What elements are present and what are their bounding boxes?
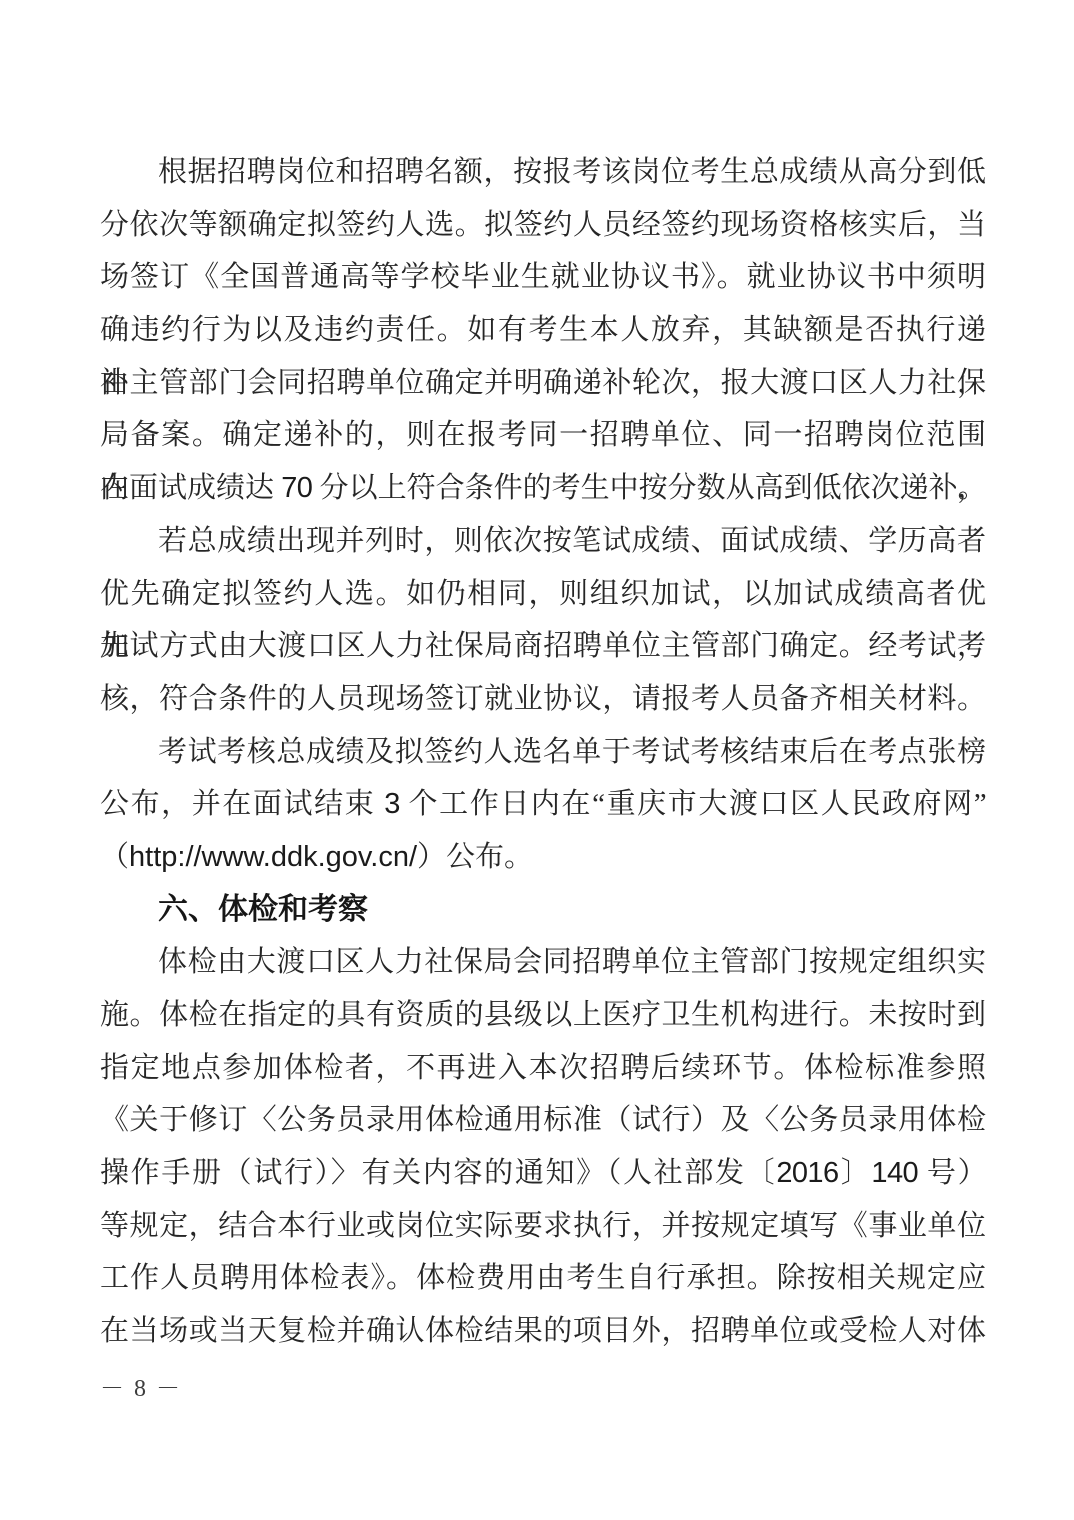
text-line: 操作手册（试行）〉有关内容的通知》（人社部发〔2016〕140 号） [100, 1147, 986, 1200]
text-line: 场签订《全国普通高等学校毕业生就业协议书》。就业协议书中须明 [100, 251, 986, 304]
text-line: 核，符合条件的人员现场签订就业协议，请报考人员备齐相关材料。 [100, 673, 986, 726]
text-line: 由主管部门会同招聘单位确定并明确递补轮次，报大渡口区人力社保 [100, 357, 986, 410]
document-issue-number: 140 [871, 1157, 918, 1189]
section-heading: 六、体检和考察 [100, 884, 986, 937]
text-segment: 在面试成绩达 [100, 472, 281, 504]
text-segment: ）公布。 [417, 841, 533, 873]
text-line: 分依次等额确定拟签约人选。拟签约人员经签约现场资格核实后，当 [100, 199, 986, 252]
text-line: 根据招聘岗位和招聘名额，按报考该岗位考生总成绩从高分到低 [100, 146, 986, 199]
text-segment: 分以上符合条件的考生中按分数从高到低依次递补。 [312, 472, 986, 504]
text-line: 等规定，结合本行业或岗位实际要求执行，并按规定填写《事业单位 [100, 1200, 986, 1253]
document-page: 根据招聘岗位和招聘名额，按报考该岗位考生总成绩从高分到低 分依次等额确定拟签约人… [0, 0, 1074, 1520]
page-number: － 8 － [100, 1368, 182, 1403]
text-line: 工作人员聘用体检表》。体检费用由考生自行承担。除按相关规定应 [100, 1252, 986, 1305]
text-segment: 〕 [838, 1157, 871, 1189]
text-line: 体检由大渡口区人力社保局会同招聘单位主管部门按规定组织实 [100, 936, 986, 989]
text-segment: 号） [918, 1157, 986, 1189]
text-segment: 操作手册（试行）〉有关内容的通知》（人社部发〔 [100, 1157, 776, 1189]
days-number: 3 [384, 788, 400, 820]
text-line: 优先确定拟签约人选。如仍相同，则组织加试，以加试成绩高者优先， [100, 568, 986, 621]
text-line: 《关于修订〈公务员录用体检通用标准（试行）及〈公务员录用体检 [100, 1094, 986, 1147]
text-line: 考试考核总成绩及拟签约人选名单于考试考核结束后在考点张榜 [100, 726, 986, 779]
text-line: （http://www.ddk.gov.cn/）公布。 [100, 831, 986, 884]
text-line: 施。体检在指定的具有资质的县级以上医疗卫生机构进行。未按时到 [100, 989, 986, 1042]
score-number: 70 [281, 472, 312, 504]
text-line: 确违约行为以及违约责任。如有考生本人放弃，其缺额是否执行递补， [100, 304, 986, 357]
website-url: http://www.ddk.gov.cn/ [129, 841, 417, 873]
text-line: 局备案。确定递补的，则在报考同一招聘单位、同一招聘岗位范围内， [100, 409, 986, 462]
document-year-number: 2016 [776, 1157, 838, 1189]
text-block: 根据招聘岗位和招聘名额，按报考该岗位考生总成绩从高分到低 分依次等额确定拟签约人… [100, 146, 986, 1358]
text-line: 在当场或当天复检并确认体检结果的项目外，招聘单位或受检人对体 [100, 1305, 986, 1358]
text-segment: （ [100, 841, 129, 873]
text-line: 加试方式由大渡口区人力社保局商招聘单位主管部门确定。经考试考 [100, 620, 986, 673]
text-line: 公布，并在面试结束 3 个工作日内在“重庆市大渡口区人民政府网” [100, 778, 986, 831]
text-line: 在面试成绩达 70 分以上符合条件的考生中按分数从高到低依次递补。 [100, 462, 986, 515]
text-line: 指定地点参加体检者，不再进入本次招聘后续环节。体检标准参照 [100, 1042, 986, 1095]
text-line: 若总成绩出现并列时，则依次按笔试成绩、面试成绩、学历高者 [100, 515, 986, 568]
text-segment: 个工作日内在“重庆市大渡口区人民政府网” [400, 788, 986, 820]
text-segment: 公布，并在面试结束 [100, 788, 384, 820]
